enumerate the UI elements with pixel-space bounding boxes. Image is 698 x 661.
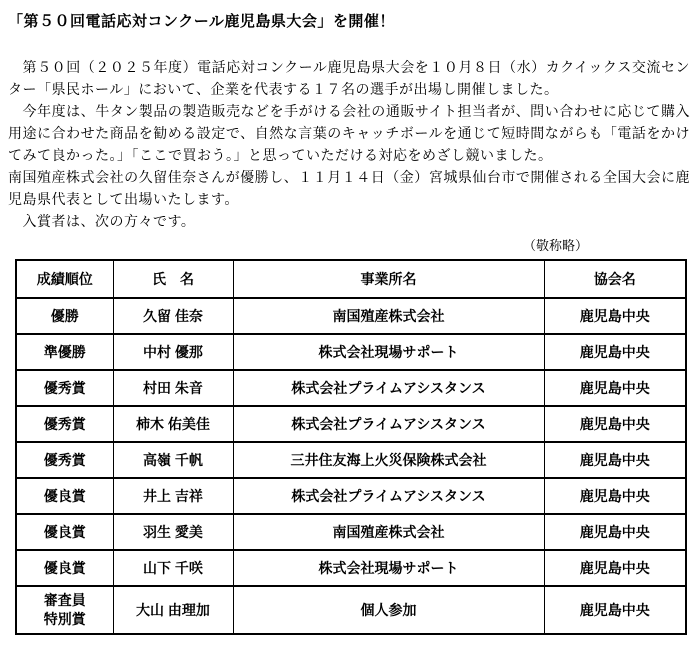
page-title: 「第５０回電話応対コンクール鹿児島県大会」を開催！ xyxy=(8,12,690,32)
company-cell: 株式会社プライムアシスタンス xyxy=(233,370,544,406)
association-cell: 鹿児島中央 xyxy=(544,334,686,370)
name-cell: 高嶺 千帆 xyxy=(113,442,233,478)
results-table: 成績順位 氏 名 事業所名 協会名 優勝 久留 佳奈 南国殖産株式会社 鹿児島中… xyxy=(15,259,687,635)
association-cell: 鹿児島中央 xyxy=(544,550,686,586)
association-cell: 鹿児島中央 xyxy=(544,514,686,550)
paragraph-event-overview: 第５０回（２０２５年度）電話応対コンクール鹿児島県大会を１０月８日（水）カクイッ… xyxy=(8,58,690,102)
company-cell: 株式会社現場サポート xyxy=(233,334,544,370)
name-cell: 柿木 佑美佳 xyxy=(113,406,233,442)
association-cell: 鹿児島中央 xyxy=(544,298,686,334)
results-table-body: 優勝 久留 佳奈 南国殖産株式会社 鹿児島中央 準優勝 中村 優那 株式会社現場… xyxy=(16,298,686,634)
company-cell: 三井住友海上火災保険株式会社 xyxy=(233,442,544,478)
rank-cell: 優秀賞 xyxy=(16,370,113,406)
table-row: 優良賞 山下 千咲 株式会社現場サポート 鹿児島中央 xyxy=(16,550,686,586)
rank-cell: 優秀賞 xyxy=(16,406,113,442)
table-row: 優良賞 羽生 愛美 南国殖産株式会社 鹿児島中央 xyxy=(16,514,686,550)
association-cell: 鹿児島中央 xyxy=(544,586,686,634)
rank-cell: 優良賞 xyxy=(16,550,113,586)
table-row: 準優勝 中村 優那 株式会社現場サポート 鹿児島中央 xyxy=(16,334,686,370)
honorifics-note: （敬称略） xyxy=(8,238,690,254)
document-page: 「第５０回電話応対コンクール鹿児島県大会」を開催！ 第５０回（２０２５年度）電話… xyxy=(0,0,698,661)
name-cell: 井上 吉祥 xyxy=(113,478,233,514)
results-table-header: 成績順位 氏 名 事業所名 協会名 xyxy=(16,260,686,298)
association-cell: 鹿児島中央 xyxy=(544,442,686,478)
header-company: 事業所名 xyxy=(233,260,544,298)
company-cell: 個人参加 xyxy=(233,586,544,634)
rank-cell: 優良賞 xyxy=(16,478,113,514)
name-cell: 村田 朱音 xyxy=(113,370,233,406)
name-cell: 中村 優那 xyxy=(113,334,233,370)
table-row: 優秀賞 柿木 佑美佳 株式会社プライムアシスタンス 鹿児島中央 xyxy=(16,406,686,442)
name-cell: 山下 千咲 xyxy=(113,550,233,586)
company-cell: 株式会社現場サポート xyxy=(233,550,544,586)
association-cell: 鹿児島中央 xyxy=(544,370,686,406)
paragraph-contest-theme: 今年度は、牛タン製品の製造販売などを手がける会社の通販サイト担当者が、問い合わせ… xyxy=(8,102,690,168)
rank-cell: 優秀賞 xyxy=(16,442,113,478)
company-cell: 南国殖産株式会社 xyxy=(233,514,544,550)
company-cell: 南国殖産株式会社 xyxy=(233,298,544,334)
paragraph-winner-national: 南国殖産株式会社の久留佳奈さんが優勝し、１１月１４日（金）宮城県仙台市で開催され… xyxy=(8,168,690,212)
association-cell: 鹿児島中央 xyxy=(544,478,686,514)
header-row: 成績順位 氏 名 事業所名 協会名 xyxy=(16,260,686,298)
name-cell: 大山 由理加 xyxy=(113,586,233,634)
header-name: 氏 名 xyxy=(113,260,233,298)
table-row: 優秀賞 村田 朱音 株式会社プライムアシスタンス 鹿児島中央 xyxy=(16,370,686,406)
rank-cell: 優勝 xyxy=(16,298,113,334)
name-cell: 久留 佳奈 xyxy=(113,298,233,334)
table-row: 優良賞 井上 吉祥 株式会社プライムアシスタンス 鹿児島中央 xyxy=(16,478,686,514)
rank-cell: 優良賞 xyxy=(16,514,113,550)
table-row: 優秀賞 高嶺 千帆 三井住友海上火災保険株式会社 鹿児島中央 xyxy=(16,442,686,478)
body-text: 第５０回（２０２５年度）電話応対コンクール鹿児島県大会を１０月８日（水）カクイッ… xyxy=(8,58,690,234)
rank-cell: 準優勝 xyxy=(16,334,113,370)
association-cell: 鹿児島中央 xyxy=(544,406,686,442)
paragraph-winners-intro: 入賞者は、次の方々です。 xyxy=(8,212,690,234)
header-association: 協会名 xyxy=(544,260,686,298)
table-row: 優勝 久留 佳奈 南国殖産株式会社 鹿児島中央 xyxy=(16,298,686,334)
company-cell: 株式会社プライムアシスタンス xyxy=(233,478,544,514)
name-cell: 羽生 愛美 xyxy=(113,514,233,550)
rank-cell: 審査員 特別賞 xyxy=(16,586,113,634)
table-row: 審査員 特別賞 大山 由理加 個人参加 鹿児島中央 xyxy=(16,586,686,634)
company-cell: 株式会社プライムアシスタンス xyxy=(233,406,544,442)
header-rank: 成績順位 xyxy=(16,260,113,298)
